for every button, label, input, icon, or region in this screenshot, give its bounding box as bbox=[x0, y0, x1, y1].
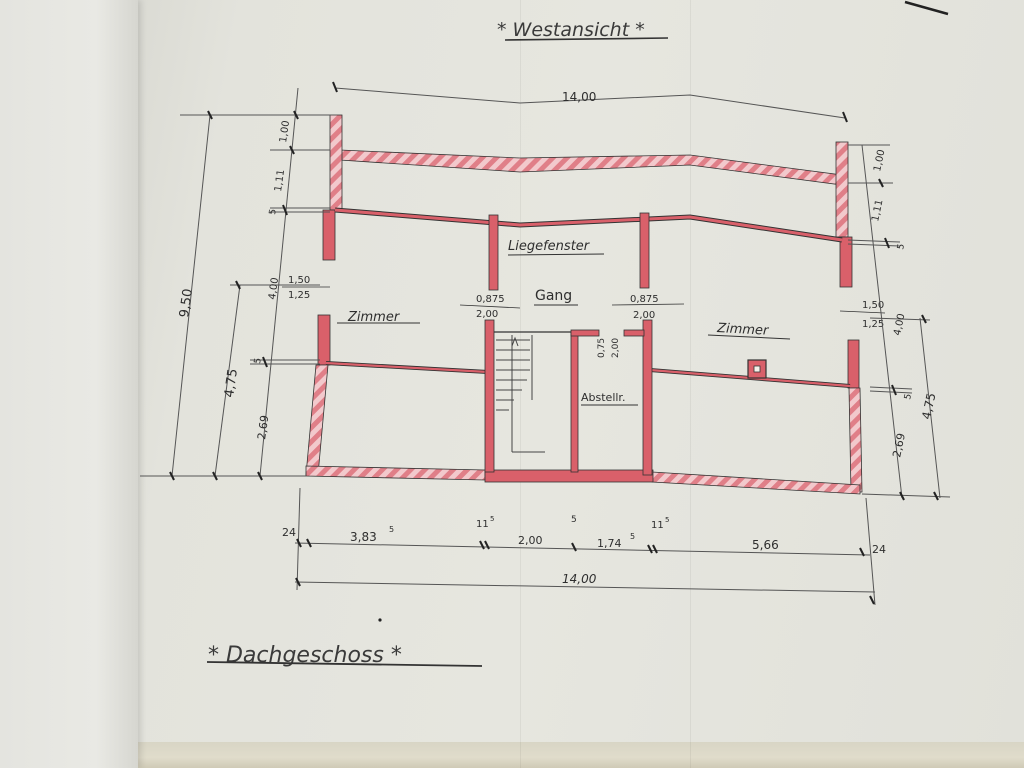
svg-text:1,74: 1,74 bbox=[597, 537, 622, 550]
elevation-heading: * Westansicht * bbox=[497, 19, 668, 41]
staircase bbox=[496, 335, 545, 452]
corridor-wall-right-lower bbox=[643, 320, 652, 475]
roof-wall-top bbox=[340, 150, 842, 185]
bottom-wall-solid bbox=[485, 470, 653, 482]
label-storage: Abstellr. bbox=[581, 391, 625, 404]
left-gable-wall-upper bbox=[330, 115, 342, 210]
storage-wall-left bbox=[571, 332, 578, 472]
storage-wall-top-stub bbox=[571, 330, 599, 336]
floor-title: * Dachgeschoss * bbox=[207, 643, 482, 668]
door-label-left: 0,875 2,00 bbox=[460, 294, 520, 320]
svg-text:1,25: 1,25 bbox=[288, 290, 310, 301]
svg-text:2,00: 2,00 bbox=[633, 310, 655, 321]
right-gable-wall-upper bbox=[836, 142, 848, 237]
purlin-line-upper-outline bbox=[335, 210, 842, 240]
svg-text:24: 24 bbox=[282, 526, 296, 539]
dim-left-inner-5b: 5 bbox=[253, 357, 264, 364]
dim-left-inner-4: 2,69 bbox=[255, 414, 271, 440]
dim-left-inner-5a: 5 bbox=[268, 208, 279, 215]
svg-text:11: 11 bbox=[476, 519, 489, 530]
bottom-dimension-labels: 24 3,83 5 11 5 2,00 5 1,74 5 11 5 5,66 2… bbox=[282, 515, 886, 556]
window-label-left: 1,50 1,25 bbox=[282, 275, 330, 301]
bottom-wall-left-hatched bbox=[306, 466, 485, 480]
svg-text:24: 24 bbox=[872, 543, 886, 556]
dim-right-outer: 4,75 bbox=[919, 392, 938, 421]
window-label-right: 1,50 1,25 bbox=[840, 300, 885, 330]
door-label-right: 0,875 2,00 bbox=[612, 294, 684, 321]
dimension-chain-bottom bbox=[295, 488, 875, 605]
svg-text:2,00: 2,00 bbox=[476, 309, 498, 320]
left-wall-solid-lower bbox=[318, 315, 330, 365]
label-corridor: Gang bbox=[535, 288, 572, 304]
svg-text:3,83: 3,83 bbox=[350, 530, 377, 544]
svg-text:5: 5 bbox=[490, 515, 494, 523]
dim-right-inner-top: 1,00 bbox=[872, 149, 887, 173]
dim-right-inner-5b: 5 bbox=[903, 393, 914, 401]
dim-left-outer: 4,75 bbox=[222, 368, 241, 399]
svg-text:11: 11 bbox=[651, 520, 664, 531]
svg-text:1,50: 1,50 bbox=[288, 275, 310, 286]
dim-right-inner-5a: 5 bbox=[896, 243, 907, 251]
svg-text:1,25: 1,25 bbox=[862, 319, 884, 330]
svg-text:2,00: 2,00 bbox=[518, 534, 543, 547]
dim-top-total: 14,00 bbox=[562, 90, 596, 104]
storage-wall-top-stub-right bbox=[624, 330, 644, 336]
floor-plan-drawing: * Westansicht * 14,00 bbox=[0, 0, 1024, 768]
svg-text:* Westansicht *: * Westansicht * bbox=[497, 19, 645, 41]
svg-text:5: 5 bbox=[630, 532, 635, 541]
dim-bottom-total: 14,00 bbox=[562, 572, 597, 586]
door-label-storage: 0,75 2,00 bbox=[597, 338, 621, 358]
svg-text:5: 5 bbox=[571, 515, 577, 525]
dim-left-inner-2: 1,11 bbox=[273, 169, 287, 193]
right-wall-solid-lower bbox=[848, 340, 859, 388]
right-knee-wall-hatched bbox=[849, 388, 862, 492]
pencil-stroke bbox=[905, 2, 948, 14]
dim-right-inner-3: 4,00 bbox=[892, 313, 907, 337]
label-skylight: Liegefenster bbox=[508, 239, 591, 254]
dim-right-inner-2: 1,11 bbox=[870, 199, 885, 223]
svg-text:5: 5 bbox=[389, 525, 394, 534]
dim-left-inner-top: 1,00 bbox=[278, 120, 292, 144]
pencil-dot bbox=[378, 618, 381, 621]
svg-text:0,875: 0,875 bbox=[476, 294, 505, 305]
svg-text:5: 5 bbox=[665, 516, 669, 524]
svg-text:0,75: 0,75 bbox=[597, 338, 607, 358]
dim-right-inner-4: 2,69 bbox=[890, 432, 908, 459]
left-knee-wall-hatched bbox=[306, 365, 328, 475]
corridor-wall-right-upper bbox=[640, 213, 649, 288]
svg-text:2,00: 2,00 bbox=[611, 338, 621, 358]
left-wall-solid bbox=[323, 210, 335, 260]
svg-text:5,66: 5,66 bbox=[752, 538, 779, 552]
corridor-wall-left-lower bbox=[485, 320, 494, 472]
bottom-wall-right-hatched bbox=[652, 472, 860, 494]
dim-left-inner-3: 4,00 bbox=[267, 277, 281, 301]
dimension-ticks-right bbox=[879, 179, 938, 500]
dim-left-overall: 9,50 bbox=[177, 288, 196, 319]
corridor-wall-left-upper bbox=[489, 215, 498, 290]
svg-text:0,875: 0,875 bbox=[630, 294, 659, 305]
